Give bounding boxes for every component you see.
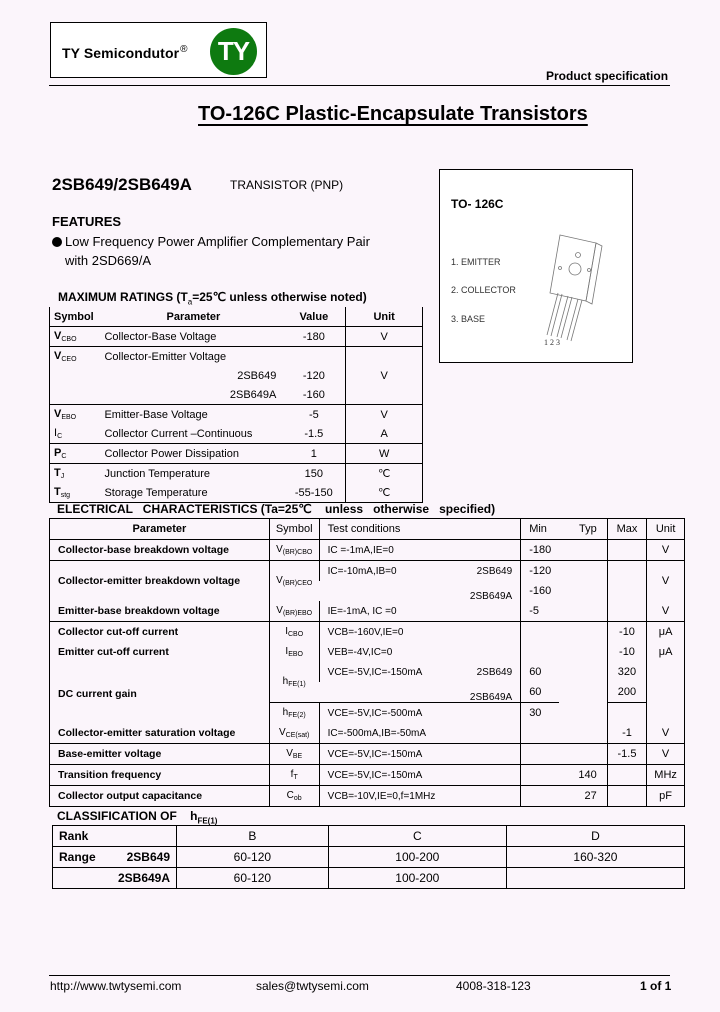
table-row: DC current gain hFE(1) VCE=-5V,IC=-150mA…: [50, 662, 685, 682]
brand-name: TY Semicondutor®: [62, 44, 188, 61]
pin-label-base: 3. BASE: [451, 314, 485, 324]
part-type: TRANSISTOR (PNP): [230, 178, 343, 192]
table-row: Range2SB649 60-120 100-200 160-320: [53, 847, 685, 868]
table-row: Tstg Storage Temperature -55-150 ℃: [50, 483, 423, 503]
table-row: Collector cut-off current ICBO VCB=-160V…: [50, 622, 685, 643]
table-row: Transition frequency fT VCE=-5V,IC=-150m…: [50, 765, 685, 786]
table-row: hFE(2) VCE=-5V,IC=-500mA 30: [50, 703, 685, 724]
table-row: VCEO Collector-Emitter Voltage V: [50, 347, 423, 367]
package-name: TO- 126C: [451, 197, 503, 211]
electrical-characteristics-title: ELECTRICAL CHARACTERISTICS (Ta=25℃ unles…: [57, 502, 495, 516]
table-row: Base-emitter voltage VBE VCE=-5V,IC=-150…: [50, 744, 685, 765]
table-row: VCBO Collector-Base Voltage -180 V: [50, 327, 423, 347]
table-row: Collector-base breakdown voltage V(BR)CB…: [50, 540, 685, 561]
footer-divider: [49, 975, 670, 976]
table-row: VEBO Emitter-Base Voltage -5 V: [50, 405, 423, 425]
part-number: 2SB649/2SB649A: [52, 175, 192, 195]
table-row: Rank B C D: [53, 826, 685, 847]
header-divider: [49, 85, 670, 86]
transistor-package-icon: 1 2 3: [538, 233, 608, 348]
bullet-icon: [52, 237, 62, 247]
table-row: Collector output capacitance Cob VCB=-10…: [50, 786, 685, 807]
pin-label-emitter: 1. EMITTER: [451, 257, 501, 267]
feature-item: Low Frequency Power Amplifier Complement…: [52, 234, 370, 249]
features-heading: FEATURES: [52, 214, 121, 229]
table-row: PC Collector Power Dissipation 1 W: [50, 444, 423, 464]
document-title: TO-126C Plastic-Encapsulate Transistors: [198, 103, 588, 126]
email-link[interactable]: sales@twtysemi.com: [256, 979, 369, 993]
table-row: TJ Junction Temperature 150 ℃: [50, 464, 423, 484]
table-row: IC Collector Current –Continuous -1.5 A: [50, 424, 423, 444]
electrical-characteristics-table: Parameter Symbol Test conditions Min Typ…: [49, 518, 685, 807]
feature-item-continued: with 2SD669/A: [65, 253, 151, 268]
max-ratings-table: Symbol Parameter Value Unit VCBO Collect…: [49, 307, 423, 503]
website-link[interactable]: http://www.twtysemi.com: [50, 979, 181, 993]
table-row: 2SB649A 60-120 100-200: [53, 868, 685, 889]
classification-table: Rank B C D Range2SB649 60-120 100-200 16…: [52, 825, 685, 889]
table-row: Emitter cut-off current IEBO VEB=-4V,IC=…: [50, 642, 685, 662]
classification-title: CLASSIFICATION OF hFE(1): [57, 809, 217, 825]
company-logo: TY: [210, 28, 257, 75]
pin-label-collector: 2. COLLECTOR: [451, 285, 516, 295]
svg-text:1 2 3: 1 2 3: [544, 338, 560, 347]
page-number: 1 of 1: [640, 979, 671, 993]
product-spec-label: Product specification: [546, 69, 668, 83]
table-row: Collector-emitter breakdown voltage V(BR…: [50, 561, 685, 582]
table-row: Collector-emitter saturation voltage VCE…: [50, 723, 685, 744]
table-row: Emitter-base breakdown voltage V(BR)EBO …: [50, 601, 685, 622]
max-ratings-title: MAXIMUM RATINGS (Ta=25℃ unless otherwise…: [58, 290, 367, 306]
phone-number: 4008-318-123: [456, 979, 531, 993]
